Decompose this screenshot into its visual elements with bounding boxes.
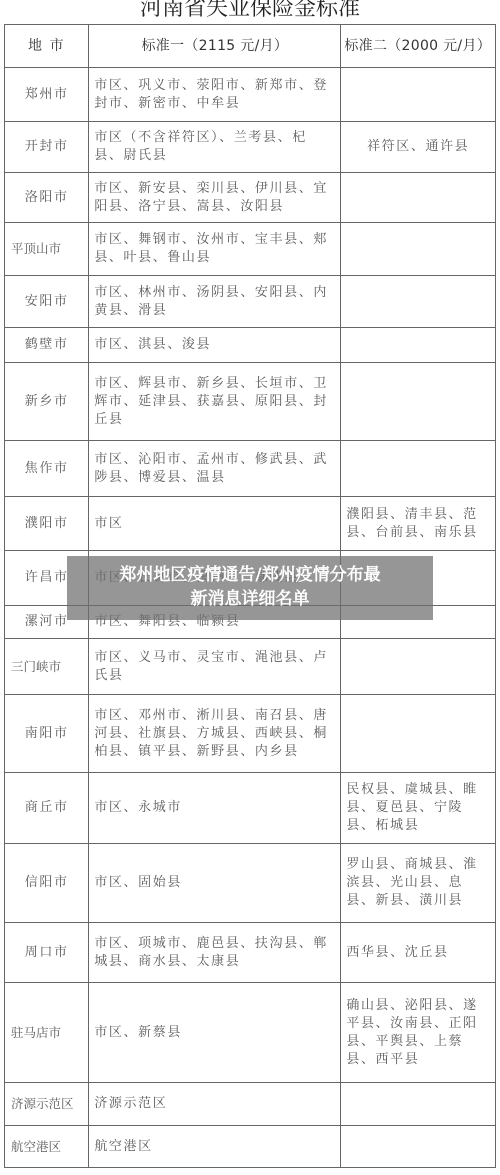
city-cell: 信阳市 xyxy=(5,844,89,923)
table-row: 鹤壁市市区、淇县、浚县 xyxy=(5,328,496,363)
city-cell: 郑州市 xyxy=(5,68,89,122)
standard-two-cell: 濮阳县、清丰县、范县、台前县、南乐县 xyxy=(341,497,496,551)
city-cell: 濮阳市 xyxy=(5,497,89,551)
city-cell: 驻马店市 xyxy=(5,983,89,1083)
standard-one-cell: 市区 xyxy=(89,497,341,551)
city-cell: 周口市 xyxy=(5,923,89,983)
standard-two-cell xyxy=(341,695,496,773)
table-row: 商丘市市区、永城市民权县、虞城县、睢县、夏邑县、宁陵县、柘城县 xyxy=(5,773,496,844)
table-row: 南阳市市区、邓州市、淅川县、南召县、唐河县、社旗县、方城县、西峡县、桐柏县、镇平… xyxy=(5,695,496,773)
table-row: 郑州市市区、巩义市、荥阳市、新郑市、登封市、新密市、中牟县 xyxy=(5,68,496,122)
table-row: 三门峡市市区、义马市、灵宝市、渑池县、卢氏县 xyxy=(5,639,496,695)
table-row: 安阳市市区、林州市、汤阴县、安阳县、内黄县、滑县 xyxy=(5,276,496,328)
standard-one-cell: 市区、义马市、灵宝市、渑池县、卢氏县 xyxy=(89,639,341,695)
standard-one-cell: 航空港区 xyxy=(89,1126,341,1168)
table-row: 新乡市市区、辉县市、新乡县、长垣市、卫辉市、延津县、获嘉县、原阳县、封丘县 xyxy=(5,363,496,441)
standard-one-cell: 济源示范区 xyxy=(89,1083,341,1126)
standard-one-cell: 市区、新蔡县 xyxy=(89,983,341,1083)
standard-one-cell: 市区、巩义市、荥阳市、新郑市、登封市、新密市、中牟县 xyxy=(89,68,341,122)
standard-two-cell xyxy=(341,441,496,497)
document-title: 河南省失业保险金标准 xyxy=(0,0,500,24)
city-cell: 平顶山市 xyxy=(5,223,89,276)
table-header-row: 地 市 标准一（2115 元/月） 标准二（2000 元/月） xyxy=(5,25,496,68)
standard-two-cell: 罗山县、商城县、淮滨县、光山县、息县、新县、潢川县 xyxy=(341,844,496,923)
table-row: 开封市市区（不含祥符区）、兰考县、杞县、尉氏县祥符区、通许县 xyxy=(5,122,496,173)
standard-two-cell: 民权县、虞城县、睢县、夏邑县、宁陵县、柘城县 xyxy=(341,773,496,844)
standard-two-cell: 确山县、泌阳县、遂平县、汝南县、正阳县、平舆县、上蔡县、西平县 xyxy=(341,983,496,1083)
standard-two-cell xyxy=(341,1126,496,1168)
overlay-line-2: 新消息详细名单 xyxy=(67,587,433,611)
standard-one-cell: 市区、邓州市、淅川县、南召县、唐河县、社旗县、方城县、西峡县、桐柏县、镇平县、新… xyxy=(89,695,341,773)
header-standard-two: 标准二（2000 元/月） xyxy=(341,25,496,68)
standard-two-cell xyxy=(341,639,496,695)
city-cell: 鹤壁市 xyxy=(5,328,89,363)
standard-one-cell: 市区（不含祥符区）、兰考县、杞县、尉氏县 xyxy=(89,122,341,173)
table-row: 信阳市市区、固始县罗山县、商城县、淮滨县、光山县、息县、新县、潢川县 xyxy=(5,844,496,923)
table-row: 濮阳市市区濮阳县、清丰县、范县、台前县、南乐县 xyxy=(5,497,496,551)
city-cell: 安阳市 xyxy=(5,276,89,328)
table-row: 平顶山市市区、舞钢市、汝州市、宝丰县、郏县、叶县、鲁山县 xyxy=(5,223,496,276)
standard-one-cell: 市区、淇县、浚县 xyxy=(89,328,341,363)
standard-two-cell: 祥符区、通许县 xyxy=(341,122,496,173)
city-cell: 商丘市 xyxy=(5,773,89,844)
standard-two-cell xyxy=(341,173,496,223)
city-cell: 南阳市 xyxy=(5,695,89,773)
standard-two-cell xyxy=(341,223,496,276)
standard-two-cell: 西华县、沈丘县 xyxy=(341,923,496,983)
standard-one-cell: 市区、永城市 xyxy=(89,773,341,844)
standard-two-cell xyxy=(341,68,496,122)
standard-one-cell: 市区、沁阳市、孟州市、修武县、武陟县、博爱县、温县 xyxy=(89,441,341,497)
standard-one-cell: 市区、林州市、汤阴县、安阳县、内黄县、滑县 xyxy=(89,276,341,328)
standard-one-cell: 市区、新安县、栾川县、伊川县、宜阳县、洛宁县、嵩县、汝阳县 xyxy=(89,173,341,223)
overlay-line-1: 郑州地区疫情通告/郑州疫情分布最 xyxy=(67,563,433,587)
city-cell: 济源示范区 xyxy=(5,1083,89,1126)
header-city: 地 市 xyxy=(5,25,89,68)
table-row: 周口市市区、项城市、鹿邑县、扶沟县、郸城县、商水县、太康县西华县、沈丘县 xyxy=(5,923,496,983)
headline-overlay-banner[interactable]: 郑州地区疫情通告/郑州疫情分布最 新消息详细名单 xyxy=(67,556,433,620)
standard-one-cell: 市区、固始县 xyxy=(89,844,341,923)
city-cell: 开封市 xyxy=(5,122,89,173)
table-row: 济源示范区济源示范区 xyxy=(5,1083,496,1126)
table-row: 驻马店市市区、新蔡县确山县、泌阳县、遂平县、汝南县、正阳县、平舆县、上蔡县、西平… xyxy=(5,983,496,1083)
standard-one-cell: 市区、舞钢市、汝州市、宝丰县、郏县、叶县、鲁山县 xyxy=(89,223,341,276)
table-row: 航空港区航空港区 xyxy=(5,1126,496,1168)
table-row: 焦作市市区、沁阳市、孟州市、修武县、武陟县、博爱县、温县 xyxy=(5,441,496,497)
city-cell: 焦作市 xyxy=(5,441,89,497)
standard-one-cell: 市区、辉县市、新乡县、长垣市、卫辉市、延津县、获嘉县、原阳县、封丘县 xyxy=(89,363,341,441)
standard-two-cell xyxy=(341,328,496,363)
city-cell: 航空港区 xyxy=(5,1126,89,1168)
standard-one-cell: 市区、项城市、鹿邑县、扶沟县、郸城县、商水县、太康县 xyxy=(89,923,341,983)
standard-two-cell xyxy=(341,1083,496,1126)
city-cell: 洛阳市 xyxy=(5,173,89,223)
standard-two-cell xyxy=(341,363,496,441)
header-standard-one: 标准一（2115 元/月） xyxy=(89,25,341,68)
city-cell: 三门峡市 xyxy=(5,639,89,695)
city-cell: 新乡市 xyxy=(5,363,89,441)
standard-two-cell xyxy=(341,276,496,328)
table-row: 洛阳市市区、新安县、栾川县、伊川县、宜阳县、洛宁县、嵩县、汝阳县 xyxy=(5,173,496,223)
